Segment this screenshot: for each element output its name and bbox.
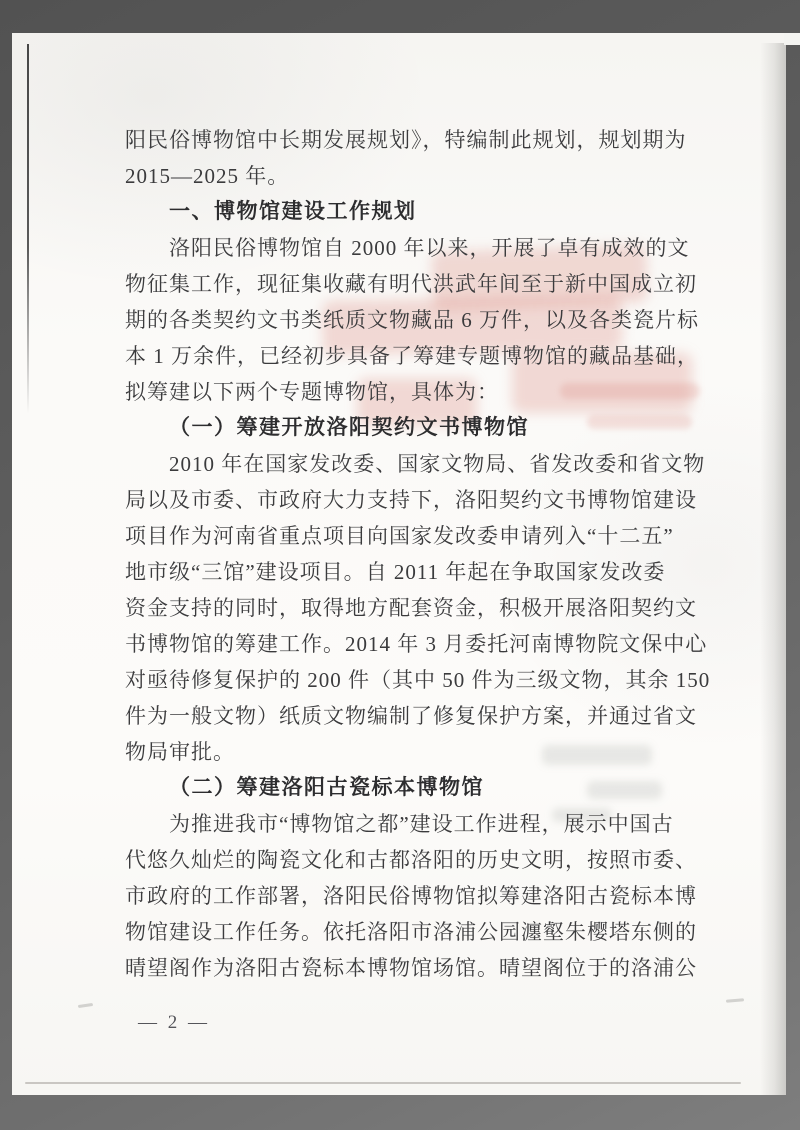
text-line: 对亟待修复保护的 200 件（其中 50 件为三级文物，其余 150 [125,662,685,698]
text-line: 拟筹建以下两个专题博物馆，具体为： [125,374,685,410]
text-line: 为推进我市“博物馆之都”建设工作进程，展示中国古 [125,806,685,842]
document-body-text: 阳民俗博物馆中长期发展规划》，特编制此规划，规划期为 2015—2025 年。 … [125,122,685,986]
page-number: — 2 — [138,1012,210,1034]
scanned-document-photo: { "colors": { "surround_gray": "#606060"… [0,0,800,1130]
text-line: 洛阳民俗博物馆自 2000 年以来，开展了卓有成效的文 [125,230,685,266]
text-line: 本 1 万余件，已经初步具备了筹建专题博物馆的藏品基础， [125,338,685,374]
scan-artifact-line [27,44,29,414]
text-line: 局以及市委、市政府大力支持下，洛阳契约文书博物馆建设 [125,482,685,518]
text-line: 2010 年在国家发改委、国家文物局、省发改委和省文物 [125,446,685,482]
text-line: 项目作为河南省重点项目向国家发改委申请列入“十二五” [125,518,685,554]
text-line: 物馆建设工作任务。依托洛阳市洛浦公园瀍壑朱樱塔东侧的 [125,914,685,950]
text-line: 期的各类契约文书类纸质文物藏品 6 万件，以及各类瓷片标 [125,302,685,338]
page-edge-shadow [760,43,786,1095]
text-line: 2015—2025 年。 [125,158,685,194]
text-line: 物征集工作，现征集收藏有明代洪武年间至于新中国成立初 [125,266,685,302]
page-corner-sliver [784,33,800,45]
text-line: 代悠久灿烂的陶瓷文化和古都洛阳的历史文明，按照市委、 [125,842,685,878]
text-line: 书博物馆的筹建工作。2014 年 3 月委托河南博物院文保中心 [125,626,685,662]
section-heading: 一、博物馆建设工作规划 [125,194,685,230]
text-line: 资金支持的同时，取得地方配套资金，积极开展洛阳契约文 [125,590,685,626]
text-line: 市政府的工作部署，洛阳民俗博物馆拟筹建洛阳古瓷标本博 [125,878,685,914]
section-heading: （一）筹建开放洛阳契约文书博物馆 [125,410,685,446]
text-line: 地市级“三馆”建设项目。自 2011 年起在争取国家发改委 [125,554,685,590]
text-line: 物局审批。 [125,734,685,770]
section-heading: （二）筹建洛阳古瓷标本博物馆 [125,770,685,806]
text-line: 阳民俗博物馆中长期发展规划》，特编制此规划，规划期为 [125,122,685,158]
text-line: 晴望阁作为洛阳古瓷标本博物馆场馆。晴望阁位于的洛浦公 [125,950,685,986]
page-bottom-shadow [25,1082,741,1084]
text-line: 件为一般文物）纸质文物编制了修复保护方案，并通过省文 [125,698,685,734]
